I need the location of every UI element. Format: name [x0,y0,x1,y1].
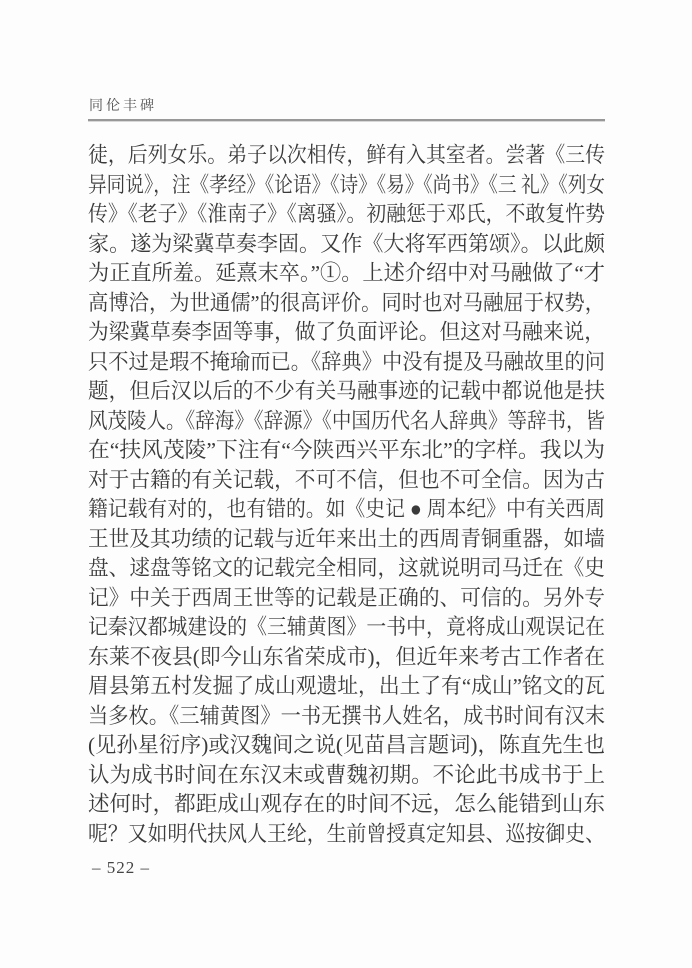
text-line: 籍记载有对的，也有错的。如《史记 ● 周本纪》中有关西周 [88,495,605,525]
text-line-content: 籍记载有对的，也有错的。如《史记 ● 周本纪》中有关西周 [88,495,605,525]
body-text: 徒，后列女乐。弟子以次相传，鲜有入其室者。尝著《三传 异同说》，注《孝经》《论语… [88,141,605,849]
text-line: 对于古籍的有关记载，不可不信，但也不可全信。因为古 [88,466,605,496]
text-line: (见孙星衍序)或汉魏间之说(见苗昌言题词)，陈直先生也 [88,731,605,761]
text-line: 东莱不夜县(即今山东省荣成市)，但近年来考古工作者在 [88,643,605,673]
text-line-content: 为正直所羞。延熹末卒。”①。上述介绍中对马融做了“才 [88,259,605,289]
text-line: 家。遂为梁冀草奏李固。又作《大将军西第颂》。以此颇 [88,230,605,260]
text-line-content: 眉县第五村发掘了成山观遗址，出土了有“成山”铭文的瓦 [88,672,605,702]
running-header: 同伦丰碑 [89,95,157,115]
text-line: 认为成书时间在东汉末或曹魏初期。不论此书成书于上 [88,761,605,791]
text-line: 眉县第五村发掘了成山观遗址，出土了有“成山”铭文的瓦 [88,672,605,702]
text-line: 记秦汉都城建设的《三辅黄图》一书中，竟将成山观误记在 [88,613,605,643]
book-page: 同伦丰碑 徒，后列女乐。弟子以次相传，鲜有入其室者。尝著《三传 异同说》，注《孝… [0,0,692,968]
text-line: 记》中关于西周王世等的记载是正确的、可信的。另外专 [88,584,605,614]
text-line: 徒，后列女乐。弟子以次相传，鲜有入其室者。尝著《三传 [88,141,605,171]
text-line: 风茂陵人。《辞海》《辞源》《中国历代名人辞典》等辞书，皆 [88,407,605,437]
text-line-content: 认为成书时间在东汉末或曹魏初期。不论此书成书于上 [88,761,605,791]
text-line: 述何时，都距成山观存在的时间不远，怎么能错到山东 [88,790,605,820]
text-line-content: 异同说》，注《孝经》《论语》《诗》《易》《尚书》《三 礼》《列女 [88,171,605,201]
text-line-content: 王世及其功绩的记载与近年来出土的西周青铜重器，如墙 [88,525,605,555]
text-line: 异同说》，注《孝经》《论语》《诗》《易》《尚书》《三 礼》《列女 [88,171,605,201]
text-line-content: 只不过是瑕不掩瑜而已。《辞典》中没有提及马融故里的问 [88,348,605,378]
text-line: 高博洽，为世通儒”的很高评价。同时也对马融屈于权势， [88,289,605,319]
text-line: 题，但后汉以后的不少有关马融事迹的记载中都说他是扶 [88,377,605,407]
text-line: 王世及其功绩的记载与近年来出土的西周青铜重器，如墙 [88,525,605,555]
text-line: 为正直所羞。延熹末卒。”①。上述介绍中对马融做了“才 [88,259,605,289]
text-line: 呢？又如明代扶风人王纶，生前曾授真定知县、巡按御史、 [88,820,605,850]
text-line-content: (见孙星衍序)或汉魏间之说(见苗昌言题词)，陈直先生也 [88,731,605,761]
text-line: 传》《老子》《淮南子》《离骚》。初融惩于邓氏，不敢复忤势 [88,200,605,230]
text-line-content: 徒，后列女乐。弟子以次相传，鲜有入其室者。尝著《三传 [88,141,605,171]
text-line-content: 为梁冀草奏李固等事，做了负面评论。但这对马融来说， [88,318,605,348]
text-line: 盘、逑盘等铭文的记载完全相同，这就说明司马迁在《史 [88,554,605,584]
text-line-content: 对于古籍的有关记载，不可不信，但也不可全信。因为古 [88,466,605,496]
text-line-content: 风茂陵人。《辞海》《辞源》《中国历代名人辞典》等辞书，皆 [88,407,605,437]
text-line-content: 呢？又如明代扶风人王纶，生前曾授真定知县、巡按御史、 [88,820,605,850]
text-line-content: 盘、逑盘等铭文的记载完全相同，这就说明司马迁在《史 [88,554,605,584]
text-line-content: 东莱不夜县(即今山东省荣成市)，但近年来考古工作者在 [88,643,605,673]
header-rule [88,119,605,122]
text-line-content: 传》《老子》《淮南子》《离骚》。初融惩于邓氏，不敢复忤势 [88,200,605,230]
text-line-content: 高博洽，为世通儒”的很高评价。同时也对马融屈于权势， [88,289,605,319]
text-line-content: 家。遂为梁冀草奏李固。又作《大将军西第颂》。以此颇 [88,230,605,260]
text-line-content: 题，但后汉以后的不少有关马融事迹的记载中都说他是扶 [88,377,605,407]
text-line-content: 在“扶风茂陵”下注有“今陕西兴平东北”的字样。我以为 [88,436,605,466]
text-line: 为梁冀草奏李固等事，做了负面评论。但这对马融来说， [88,318,605,348]
page-number: – 522 – [92,858,150,878]
text-line: 在“扶风茂陵”下注有“今陕西兴平东北”的字样。我以为 [88,436,605,466]
text-line: 当多枚。《三辅黄图》一书无撰书人姓名，成书时间有汉末 [88,702,605,732]
text-line-content: 述何时，都距成山观存在的时间不远，怎么能错到山东 [88,790,605,820]
text-line-content: 记秦汉都城建设的《三辅黄图》一书中，竟将成山观误记在 [88,613,605,643]
text-line-content: 当多枚。《三辅黄图》一书无撰书人姓名，成书时间有汉末 [88,702,605,732]
text-line: 只不过是瑕不掩瑜而已。《辞典》中没有提及马融故里的问 [88,348,605,378]
text-line-content: 记》中关于西周王世等的记载是正确的、可信的。另外专 [88,584,605,614]
